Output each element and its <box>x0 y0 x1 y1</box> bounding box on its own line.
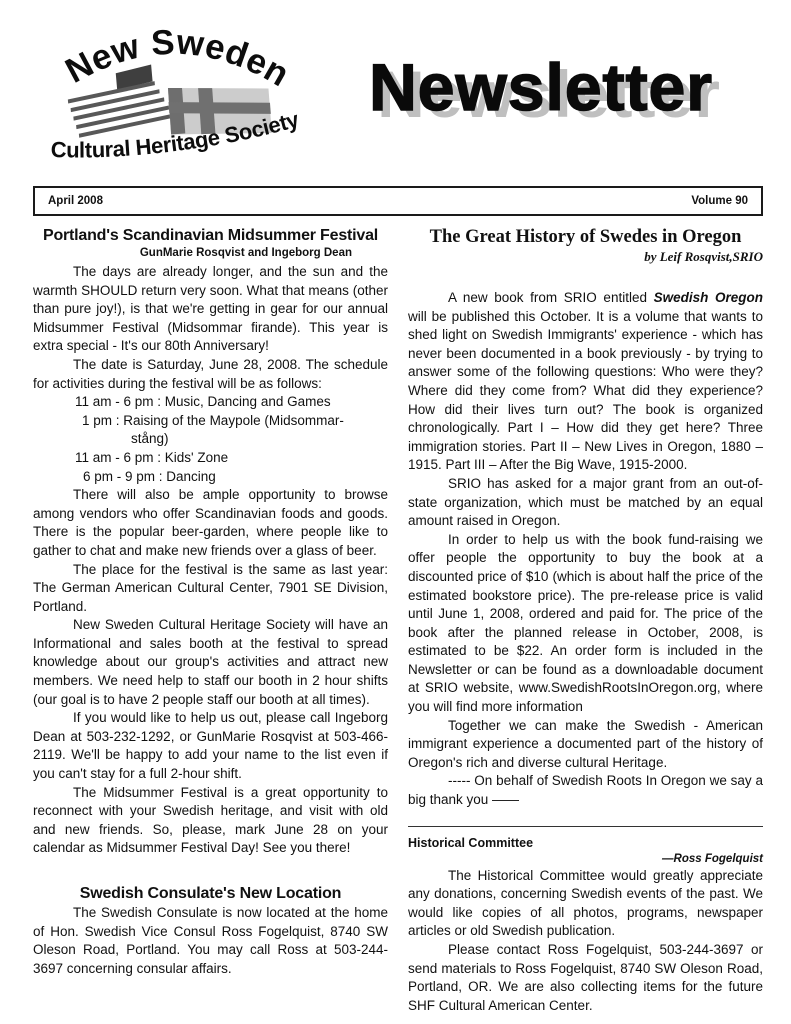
schedule-line: 11 am - 6 pm : Kids' Zone <box>33 449 388 468</box>
article-swedes-in-oregon: The Great History of Swedes in Oregon by… <box>408 226 763 810</box>
paragraph: In order to help us with the book fund-r… <box>408 531 763 717</box>
paragraph: The date is Saturday, June 28, 2008. The… <box>33 356 388 393</box>
masthead: New Sweden Cultural Heritage Society New… <box>33 24 763 176</box>
content-columns: Portland's Scandinavian Midsummer Festiv… <box>33 226 763 1015</box>
paragraph: The place for the festival is the same a… <box>33 561 388 617</box>
paragraph: ----- On behalf of Swedish Roots In Oreg… <box>408 772 763 809</box>
left-column: Portland's Scandinavian Midsummer Festiv… <box>33 226 388 1015</box>
issue-bar: April 2008 Volume 90 <box>33 186 763 216</box>
schedule-line: 1 pm : Raising of the Maypole (Midsommar… <box>33 412 388 431</box>
paragraph: There will also be ample opportunity to … <box>33 486 388 560</box>
newsletter-title: Newsletter <box>319 54 763 120</box>
article-title: Swedish Consulate's New Location <box>33 884 388 904</box>
paragraph: The days are already longer, and the sun… <box>33 263 388 356</box>
right-column: The Great History of Swedes in Oregon by… <box>408 226 763 1015</box>
schedule-line: stång) <box>33 430 388 449</box>
paragraph: Together we can make the Swedish - Ameri… <box>408 717 763 773</box>
schedule-line: 11 am - 6 pm : Music, Dancing and Games <box>33 393 388 412</box>
article-byline: GunMarie Rosqvist and Ingeborg Dean <box>33 246 388 261</box>
paragraph: New Sweden Cultural Heritage Society wil… <box>33 616 388 709</box>
article-title: The Great History of Swedes in Oregon <box>408 226 763 248</box>
issue-date: April 2008 <box>48 195 103 207</box>
paragraph-text: will be published this October. It is a … <box>408 309 763 473</box>
paragraph: SRIO has asked for a major grant from an… <box>408 475 763 531</box>
article-consulate-location: Swedish Consulate's New Location The Swe… <box>33 884 388 978</box>
article-title: Portland's Scandinavian Midsummer Festiv… <box>33 226 388 246</box>
article-byline: —Ross Fogelquist <box>408 852 763 867</box>
article-title: Historical Committee <box>408 835 763 852</box>
article-historical-committee: Historical Committee —Ross Fogelquist Th… <box>408 835 763 1016</box>
paragraph: A new book from SRIO entitled Swedish Or… <box>408 289 763 475</box>
schedule-line: 6 pm - 9 pm : Dancing <box>33 468 388 487</box>
svg-text:New Sweden: New Sweden <box>59 24 296 94</box>
issue-volume: Volume 90 <box>691 195 748 207</box>
section-divider <box>408 826 763 827</box>
society-logo: New Sweden Cultural Heritage Society <box>33 24 319 181</box>
logo-top-text: New Sweden <box>59 24 296 94</box>
article-midsummer-festival: Portland's Scandinavian Midsummer Festiv… <box>33 226 388 858</box>
newsletter-page: New Sweden Cultural Heritage Society New… <box>0 0 791 1024</box>
festival-schedule: 11 am - 6 pm : Music, Dancing and Games … <box>33 393 388 486</box>
paragraph-text: A new book from SRIO entitled <box>448 290 654 305</box>
book-title: Swedish Oregon <box>654 290 763 305</box>
article-byline: by Leif Rosqvist,SRIO <box>408 248 763 265</box>
paragraph: The Historical Committee would greatly a… <box>408 867 763 941</box>
paragraph: Please contact Ross Fogelquist, 503-244-… <box>408 941 763 1015</box>
paragraph: The Swedish Consulate is now located at … <box>33 904 388 978</box>
paragraph: The Midsummer Festival is a great opport… <box>33 784 388 858</box>
paragraph: If you would like to help us out, please… <box>33 709 388 783</box>
